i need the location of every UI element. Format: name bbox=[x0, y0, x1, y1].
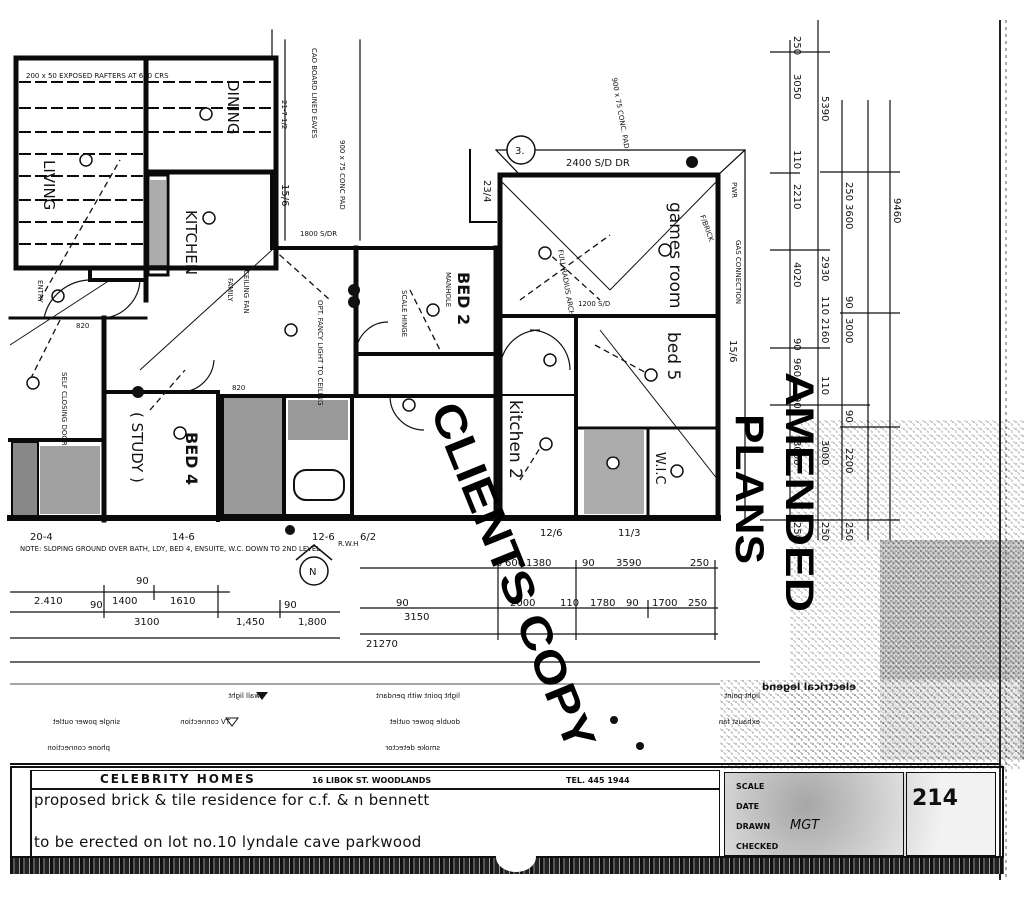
annotation-manhole: MANHOLE bbox=[444, 272, 452, 307]
svg-text:90: 90 bbox=[90, 600, 103, 611]
title-line-2: to be erected on lot no.10 lyndale cave … bbox=[34, 833, 422, 851]
svg-text:1610: 1610 bbox=[170, 596, 195, 607]
svg-text:21270: 21270 bbox=[366, 639, 398, 650]
svg-text:110: 110 bbox=[819, 296, 830, 315]
company-tel: TEL. 445 1944 bbox=[566, 776, 630, 785]
annotation-self-closing: SELF CLOSING DOOR bbox=[60, 372, 68, 446]
svg-text:90: 90 bbox=[843, 296, 854, 309]
room-label-kitchen: KITCHEN bbox=[182, 210, 200, 275]
svg-text:wall light: wall light bbox=[228, 692, 260, 700]
annotation-ceiling-fan: CEILING FAN bbox=[242, 270, 250, 314]
annotation-radius-arch: FULL RADIUS ARCH bbox=[556, 249, 576, 317]
svg-text:2.410: 2.410 bbox=[34, 596, 63, 607]
legend-title: electrical legend bbox=[762, 682, 856, 693]
room-label-bed4: BED 4 bbox=[182, 432, 201, 485]
svg-text:110: 110 bbox=[560, 598, 579, 609]
svg-text:1700: 1700 bbox=[652, 598, 677, 609]
room-label-kitchen2: kitchen 2 bbox=[505, 400, 525, 479]
label-date: DATE bbox=[736, 802, 759, 811]
svg-text:PLANS: PLANS bbox=[727, 414, 771, 564]
svg-text:light point with pendant: light point with pendant bbox=[376, 692, 460, 700]
annotation-conc-pad: 900 x 75 CONC. PAD bbox=[610, 77, 630, 149]
annotation-rafters: 200 x 50 EXPOSED RAFTERS AT 600 CRS bbox=[26, 72, 169, 80]
annotation-window-games: 2400 S/D DR bbox=[566, 158, 630, 169]
floor-plan-drawing: LIVING DINING KITCHEN ENTRY FAMILY ( STU… bbox=[0, 0, 1024, 900]
svg-text:14-6: 14-6 bbox=[172, 532, 195, 543]
svg-text:6/2: 6/2 bbox=[360, 532, 376, 543]
room-label-wic: W.I.C bbox=[652, 452, 667, 485]
svg-text:250: 250 bbox=[688, 598, 707, 609]
svg-text:90: 90 bbox=[136, 576, 149, 587]
svg-text:12/6: 12/6 bbox=[540, 528, 562, 539]
svg-text:4020: 4020 bbox=[791, 262, 802, 287]
svg-text:1780: 1780 bbox=[590, 598, 615, 609]
annotation-fbrick: F/BRICK bbox=[698, 214, 715, 243]
svg-text:3100: 3100 bbox=[134, 617, 159, 628]
room-label-bed5: bed 5 bbox=[663, 332, 683, 380]
svg-text:110: 110 bbox=[791, 150, 802, 169]
svg-text:250: 250 bbox=[791, 36, 802, 55]
drawing-number: 214 bbox=[912, 786, 958, 811]
annotation-fancy-light: OPT. FANCY LIGHT TO CEILING bbox=[316, 300, 324, 405]
svg-text:9460: 9460 bbox=[891, 198, 902, 223]
annotation-pwr: PWR bbox=[730, 182, 738, 198]
svg-text:light point: light point bbox=[724, 692, 760, 700]
annotation-pitch-15-6: 15/6 bbox=[727, 340, 738, 362]
annotation-step-note: NOTE: SLOPING GROUND OVER BATH, LDY, BED… bbox=[20, 545, 320, 553]
annotation-conc-pad2: 900 x 75 CONC PAD bbox=[338, 140, 346, 210]
svg-text:20-4: 20-4 bbox=[30, 532, 53, 543]
svg-text:11/3: 11/3 bbox=[618, 528, 640, 539]
label-drawn: DRAWN bbox=[736, 822, 770, 831]
company-name: CELEBRITY HOMES bbox=[100, 772, 256, 786]
annotation-pitch-15-6b: 15/6 bbox=[279, 184, 290, 206]
svg-text:double power outlet: double power outlet bbox=[389, 718, 460, 726]
svg-text:phone connection: phone connection bbox=[47, 744, 110, 752]
svg-text:3590: 3590 bbox=[616, 558, 641, 569]
room-label-bed2: BED 2 bbox=[454, 272, 473, 325]
svg-text:250: 250 bbox=[843, 182, 854, 201]
room-label-games-room: games room bbox=[665, 202, 685, 308]
svg-text:exhaust fan: exhaust fan bbox=[719, 718, 760, 726]
svg-text:12-6: 12-6 bbox=[312, 532, 335, 543]
marker-3: 3. bbox=[515, 146, 525, 157]
svg-text:2210: 2210 bbox=[791, 184, 802, 209]
title-block-number bbox=[906, 772, 996, 856]
svg-text:smoke detector: smoke detector bbox=[385, 744, 440, 752]
svg-text:1400: 1400 bbox=[112, 596, 137, 607]
svg-text:AMENDED: AMENDED bbox=[777, 372, 821, 612]
room-label-dining: DINING bbox=[224, 80, 242, 134]
svg-text:3050: 3050 bbox=[791, 74, 802, 99]
svg-text:2200: 2200 bbox=[843, 448, 854, 473]
svg-text:90: 90 bbox=[626, 598, 639, 609]
svg-text:90: 90 bbox=[284, 600, 297, 611]
svg-text:1,450: 1,450 bbox=[236, 617, 265, 628]
svg-text:1,800: 1,800 bbox=[298, 617, 327, 628]
annotation-rwh: R.W.H bbox=[338, 540, 358, 548]
svg-text:single power outlet: single power outlet bbox=[52, 718, 120, 726]
annotation-door-820a: 820 bbox=[76, 322, 89, 330]
annotation-window-1200: 1200 S/D bbox=[578, 300, 610, 308]
svg-text:2160: 2160 bbox=[819, 318, 830, 343]
svg-text:TV connection: TV connection bbox=[180, 718, 231, 726]
svg-text:3150: 3150 bbox=[404, 612, 429, 623]
annotation-cao-board: CAO BOARD LINED EAVES bbox=[310, 48, 318, 139]
svg-text:3000: 3000 bbox=[843, 318, 854, 343]
svg-text:2930: 2930 bbox=[819, 256, 830, 281]
annotation-gas-connection: GAS CONNECTION bbox=[734, 240, 742, 304]
room-label-entry: ENTRY bbox=[36, 280, 44, 303]
svg-text:90: 90 bbox=[843, 410, 854, 423]
svg-text:90: 90 bbox=[791, 338, 802, 351]
label-scale: SCALE bbox=[736, 782, 764, 791]
north-arrow: N bbox=[309, 567, 316, 578]
company-address: 16 LIBOK ST. WOODLANDS bbox=[312, 776, 431, 785]
annotation-scale-hinge: SCALE HINGE bbox=[400, 290, 408, 337]
svg-text:90: 90 bbox=[582, 558, 595, 569]
annotation-window-1800: 1800 S/DR bbox=[300, 230, 337, 238]
svg-text:250: 250 bbox=[843, 522, 854, 541]
room-label-living: LIVING bbox=[40, 160, 58, 210]
svg-text:3600: 3600 bbox=[843, 204, 854, 229]
drawn-by-value: MGT bbox=[790, 818, 819, 833]
title-line-1: proposed brick & tile residence for c.f.… bbox=[34, 791, 430, 809]
annotation-pitch-21: 21-7 1/2 bbox=[280, 100, 288, 129]
annotation-door-820b: 820 bbox=[232, 384, 245, 392]
stamp-amended-plans: AMENDED PLANS bbox=[727, 372, 821, 612]
title-block-divider bbox=[30, 788, 720, 790]
label-checked: CHECKED bbox=[736, 842, 778, 851]
room-label-family: FAMILY bbox=[226, 278, 234, 302]
svg-text:5390: 5390 bbox=[819, 96, 830, 121]
annotation-pitch-23-4: 23/4 bbox=[481, 180, 492, 202]
room-label-study: ( STUDY ) bbox=[128, 412, 146, 483]
svg-text:250: 250 bbox=[690, 558, 709, 569]
svg-text:90: 90 bbox=[396, 598, 409, 609]
